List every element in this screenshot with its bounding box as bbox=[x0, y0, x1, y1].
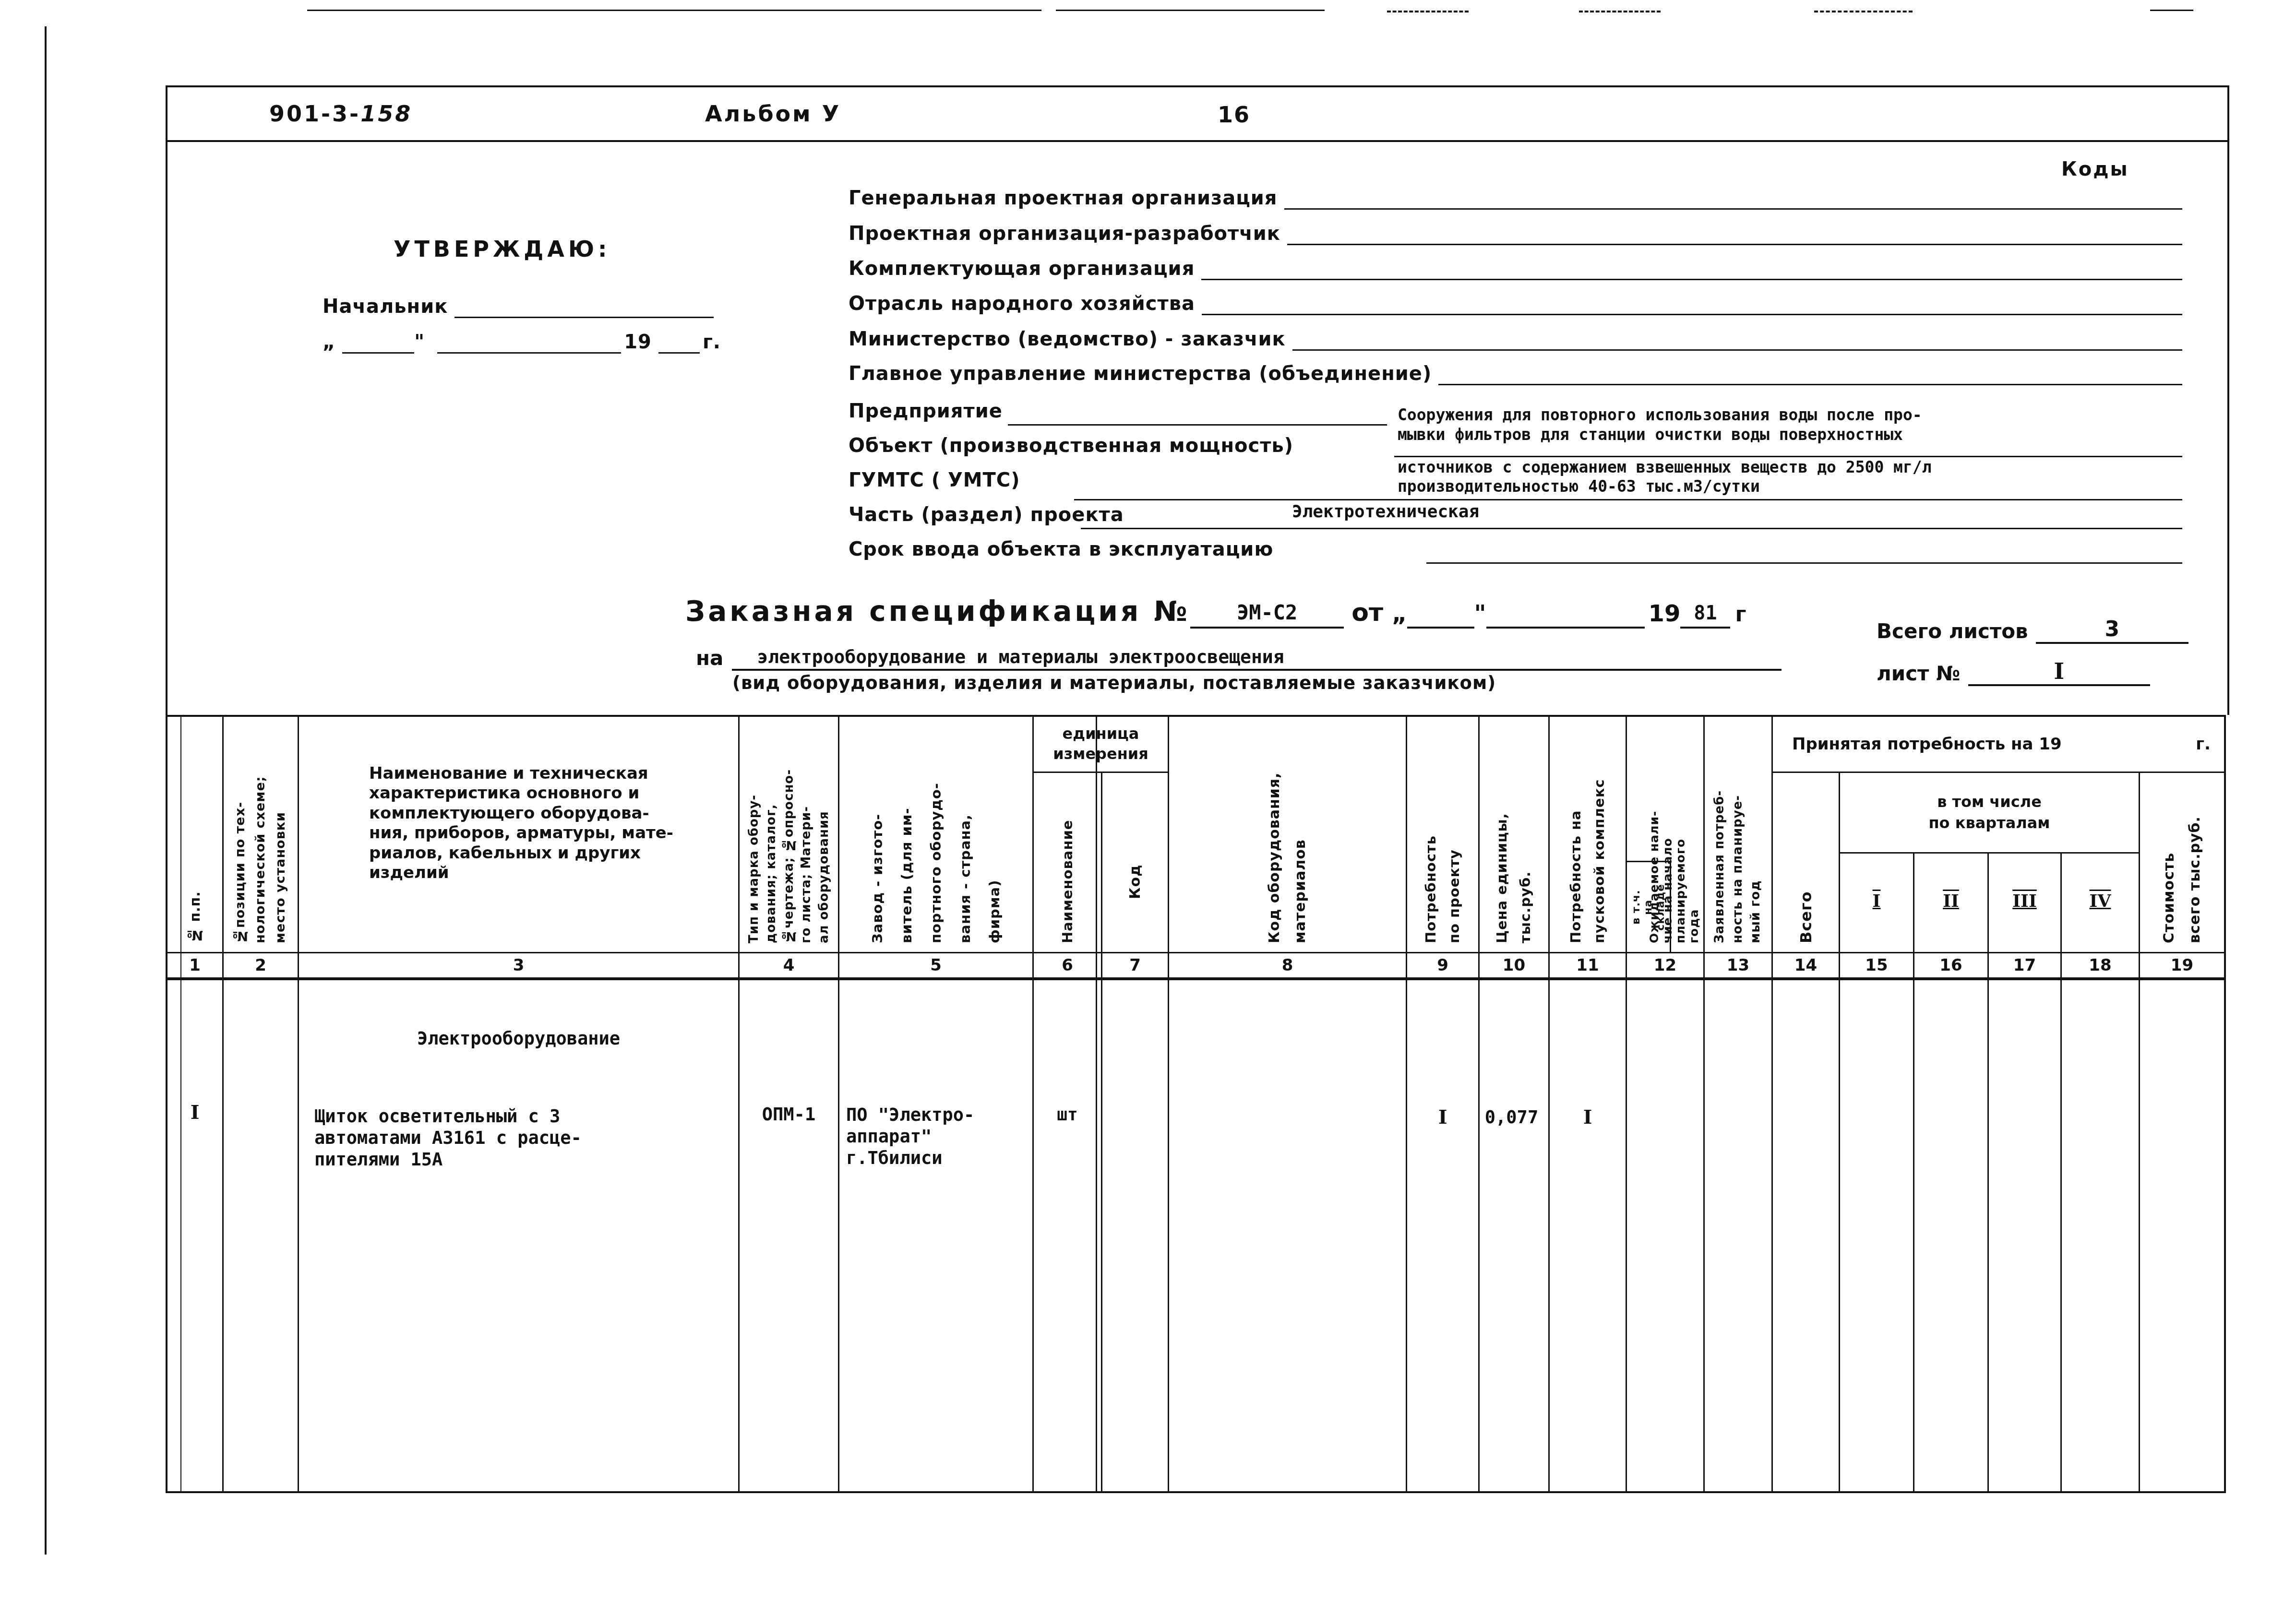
sheet-number-line: лист № I bbox=[1877, 658, 2150, 686]
col-header-19-text: Стоимость всего тыс.руб. bbox=[2156, 778, 2208, 943]
scan-top-line-1 bbox=[307, 10, 1041, 11]
col-header-13: Заявленная потреб- ность на планируе- мы… bbox=[1705, 717, 1773, 952]
sheet-number-label: лист № bbox=[1877, 661, 1961, 686]
double-line-col1 bbox=[180, 717, 181, 1491]
quarters-group-header: в том числе по кварталам bbox=[1840, 773, 2140, 854]
column-number-8: 8 bbox=[1169, 952, 1407, 980]
form-label: Главное управление министерства (объедин… bbox=[849, 362, 1432, 385]
form-label: Комплектующая организация bbox=[849, 257, 1195, 280]
col-header-10-text: Цена единицы, тыс.руб. bbox=[1490, 722, 1538, 943]
form-blank bbox=[1284, 186, 2182, 210]
column-number-10: 10 bbox=[1480, 952, 1550, 980]
column-number-1: 1 bbox=[167, 952, 224, 980]
sheets-total-label: Всего листов bbox=[1877, 619, 2028, 644]
spec-number: ЭМ-С2 bbox=[1237, 601, 1297, 624]
spec-title-line: Заказная спецификация № ЭМ-С2 от „ " 19 … bbox=[685, 594, 1746, 629]
column-number-16: 16 bbox=[1914, 952, 1989, 980]
column-number-14: 14 bbox=[1773, 952, 1840, 980]
col12-substock-text: в т.ч. на складе bbox=[1630, 884, 1667, 931]
body-cell-14 bbox=[1773, 980, 1840, 1491]
col-header-2-text: №позиции по тех- нологической схеме; мес… bbox=[230, 722, 291, 943]
body-cell-16 bbox=[1914, 980, 1989, 1491]
body-cell-11: I bbox=[1550, 980, 1627, 1491]
body-cell-15 bbox=[1840, 980, 1914, 1491]
col-header-15: I bbox=[1840, 854, 1914, 952]
col-header-13-text: Заявленная потреб- ность на планируе- мы… bbox=[1711, 722, 1765, 943]
accepted-group-suffix: г. bbox=[2196, 735, 2211, 754]
column-number-7: 7 bbox=[1102, 952, 1169, 980]
body-cell-18 bbox=[2062, 980, 2140, 1491]
col-header-1: № п.п. bbox=[167, 717, 224, 952]
doc-number-suffix: 158 bbox=[360, 101, 412, 127]
form-line-ministry-customer: Министерство (ведомство) - заказчик bbox=[849, 327, 2182, 351]
double-line-col7 bbox=[1096, 717, 1097, 1491]
column-number-2: 2 bbox=[224, 952, 299, 980]
page-number: 16 bbox=[1218, 102, 1250, 128]
subject-prefix: на bbox=[696, 646, 723, 671]
quarter-3-label: III bbox=[2012, 891, 2037, 911]
column-number-9: 9 bbox=[1407, 952, 1480, 980]
scan-top-dash-1 bbox=[1387, 11, 1469, 12]
row-unit-price: 0,077 bbox=[1475, 980, 1548, 1128]
unit-group-header: единица измерения bbox=[1034, 717, 1169, 773]
body-cell-9: I bbox=[1407, 980, 1480, 1491]
form-blank bbox=[1201, 257, 2182, 280]
col-header-7-text: Код bbox=[1127, 778, 1144, 899]
col-header-18: IV bbox=[2062, 854, 2140, 952]
form-label-object: Объект (производственная мощность) bbox=[849, 435, 1293, 457]
unit-group-header-text: единица измерения bbox=[1053, 724, 1148, 764]
form-line-industry: Отрасль народного хозяйства bbox=[849, 292, 2182, 315]
subject-value: электрооборудование и материалы электроо… bbox=[732, 645, 1284, 669]
col-header-4: Тип и марка обору- дования; каталог, №че… bbox=[740, 717, 839, 952]
col-header-11: Потребность на пусковой комплекс bbox=[1550, 717, 1627, 952]
sheets-total-slot: 3 bbox=[2036, 617, 2188, 644]
form-label: Генеральная проектная организация bbox=[849, 187, 1278, 210]
quarter-4-label: IV bbox=[2090, 891, 2111, 911]
spec-day-blank bbox=[1407, 599, 1474, 629]
object-description-line-1: Сооружения для повторного использования … bbox=[1398, 405, 1922, 424]
scan-top-dash-4 bbox=[2150, 10, 2193, 11]
body-cell-19 bbox=[2140, 980, 2224, 1491]
col-header-9-text: Потребность по проекту bbox=[1419, 722, 1467, 943]
column-number-13: 13 bbox=[1705, 952, 1773, 980]
col-header-11-text: Потребность на пусковой комплекс bbox=[1564, 722, 1612, 943]
approval-position-blank bbox=[454, 295, 714, 318]
sheet-number-slot: I bbox=[1968, 658, 2150, 686]
col-header-16: II bbox=[1914, 854, 1989, 952]
body-cell-5: ПО "Электро- аппарат" г.Тбилиси bbox=[839, 980, 1034, 1491]
row-manufacturer: ПО "Электро- аппарат" г.Тбилиси bbox=[846, 1104, 1032, 1169]
spec-year-prefix: 19 bbox=[1649, 599, 1681, 629]
col-header-5: Завод - изгото- витель (для им- портного… bbox=[839, 717, 1034, 952]
scanned-order-specification-page: { "page": { "strip": { "doc_number_prefi… bbox=[0, 0, 2296, 1615]
body-cell-6: шт bbox=[1034, 980, 1102, 1491]
row-section-title: Электрооборудование bbox=[299, 1028, 738, 1049]
col-header-10: Цена единицы, тыс.руб. bbox=[1480, 717, 1550, 952]
col-header-17: III bbox=[1989, 854, 2062, 952]
codes-label: Коды bbox=[2061, 158, 2129, 180]
scan-top-dash-2 bbox=[1579, 11, 1661, 12]
form-blank-commissioning-date bbox=[1426, 562, 2182, 564]
sheet-number-value: I bbox=[2054, 658, 2065, 684]
subject-slot: электрооборудование и материалы электроо… bbox=[732, 645, 1782, 671]
col-header-3: Наименование и техническая характеристик… bbox=[299, 717, 740, 952]
body-cell-8 bbox=[1169, 980, 1407, 1491]
date-year-suffix: г. bbox=[703, 331, 721, 354]
approval-position-line: Начальник bbox=[323, 295, 714, 318]
body-cell-12 bbox=[1627, 980, 1705, 1491]
col-header-4-text: Тип и марка обору- дования; каталог, №че… bbox=[745, 722, 833, 943]
form-line-completing-org: Комплектующая организация bbox=[849, 257, 2182, 280]
doc-number: 901-3-158 bbox=[269, 101, 412, 127]
spec-open-quote: „ bbox=[1392, 599, 1407, 629]
date-year-prefix: 19 bbox=[624, 331, 652, 354]
object-description-line-3: источников с содержанием взвешенных веще… bbox=[1398, 458, 1932, 476]
form-line-main-directorate: Главное управление министерства (объедин… bbox=[849, 362, 2182, 385]
form-label-enterprise: Предприятие bbox=[849, 400, 1003, 422]
body-cell-17 bbox=[1989, 980, 2062, 1491]
spec-close-quote: " bbox=[1474, 599, 1486, 629]
col-header-14: Всего bbox=[1773, 773, 1840, 952]
spec-number-slot: ЭМ-С2 bbox=[1190, 599, 1344, 629]
body-cell-3: Электрооборудование Щиток осветительный … bbox=[299, 980, 740, 1491]
quarters-group-text: в том числе по кварталам bbox=[1928, 792, 2050, 833]
row-item-name: Щиток осветительный с 3 автоматами А3161… bbox=[314, 1105, 738, 1170]
spec-from-label: от bbox=[1351, 597, 1383, 629]
col12-substock-header: в т.ч. на складе bbox=[1627, 861, 1671, 952]
approval-position-label: Начальник bbox=[323, 295, 448, 318]
form-blank-object bbox=[1394, 456, 2182, 457]
quarter-2-label: II bbox=[1943, 891, 1959, 911]
date-day-blank bbox=[342, 330, 414, 354]
body-cell-2 bbox=[224, 980, 299, 1491]
col-header-3-text: Наименование и техническая характеристик… bbox=[301, 722, 736, 883]
column-number-4: 4 bbox=[740, 952, 839, 980]
form-label: Отрасль народного хозяйства bbox=[849, 292, 1195, 315]
close-quote: " bbox=[414, 331, 425, 354]
col-header-19: Стоимость всего тыс.руб. bbox=[2140, 773, 2224, 952]
spec-title-label: Заказная спецификация № bbox=[685, 594, 1190, 629]
column-number-12: 12 bbox=[1627, 952, 1705, 980]
col-header-1-text: № п.п. bbox=[187, 722, 203, 943]
column-number-18: 18 bbox=[2062, 952, 2140, 980]
col-header-2: №позиции по тех- нологической схеме; мес… bbox=[224, 717, 299, 952]
column-number-15: 15 bbox=[1840, 952, 1914, 980]
col-header-9: Потребность по проекту bbox=[1407, 717, 1480, 952]
col-header-6-text: Наименование bbox=[1059, 778, 1076, 943]
open-quote: „ bbox=[323, 331, 335, 354]
form-label: Проектная организация-разработчик bbox=[849, 222, 1280, 245]
form-label-gumts: ГУМТС ( УМТС) bbox=[849, 469, 1020, 491]
body-cell-4: ОПМ-1 bbox=[740, 980, 839, 1491]
column-number-11: 11 bbox=[1550, 952, 1627, 980]
spec-year-slot: 81 bbox=[1680, 600, 1730, 629]
object-description-line-2: мывки фильтров для станции очистки воды … bbox=[1398, 425, 1903, 444]
doc-number-prefix: 901-3- bbox=[269, 101, 360, 127]
form-blank bbox=[1438, 362, 2182, 385]
form-blank bbox=[1287, 222, 2182, 245]
spec-year-value: 81 bbox=[1694, 602, 1717, 624]
scan-top-line-2 bbox=[1056, 10, 1325, 11]
col-header-7: Код bbox=[1102, 773, 1169, 952]
row-num: I bbox=[167, 980, 222, 1124]
date-month-blank bbox=[437, 330, 621, 354]
body-cell-7 bbox=[1102, 980, 1169, 1491]
title-strip: 901-3-158 Альбом У 16 bbox=[166, 85, 2229, 142]
row-qty-startup: I bbox=[1550, 980, 1626, 1128]
row-unit: шт bbox=[1034, 980, 1101, 1125]
body-cell-1: I bbox=[167, 980, 224, 1491]
column-number-19: 19 bbox=[2140, 952, 2224, 980]
col-header-5-text: Завод - изгото- витель (для им- портного… bbox=[863, 722, 1009, 943]
scan-top-dash-3 bbox=[1814, 11, 1913, 12]
date-year-blank bbox=[658, 330, 700, 354]
sheets-total-value: 3 bbox=[2105, 617, 2120, 641]
page-edge-line bbox=[45, 26, 47, 1555]
sheets-total-line: Всего листов 3 bbox=[1877, 617, 2188, 644]
approval-title: УТВЕРЖДАЮ: bbox=[394, 236, 610, 262]
form-label-commissioning-date: Срок ввода объекта в эксплуатацию bbox=[849, 538, 1273, 560]
col-header-8: Код оборудования, материалов bbox=[1169, 717, 1407, 952]
column-number-6: 6 bbox=[1034, 952, 1102, 980]
accepted-group-header: Принятая потребность на 19 г. bbox=[1773, 717, 2224, 773]
form-label-project-part: Часть (раздел) проекта bbox=[849, 504, 1124, 526]
spec-year-suffix: г bbox=[1735, 601, 1746, 629]
spec-table: № п.п. №позиции по тех- нологической схе… bbox=[166, 715, 2226, 1493]
subject-line: на электрооборудование и материалы элект… bbox=[696, 645, 1782, 671]
column-number-5: 5 bbox=[839, 952, 1034, 980]
subject-hint: (вид оборудования, изделия и материалы, … bbox=[732, 673, 1496, 693]
form-blank-project-part bbox=[1081, 528, 2182, 529]
form-line-design-org-developer: Проектная организация-разработчик bbox=[849, 222, 2182, 245]
col-header-14-text: Всего bbox=[1797, 778, 1815, 943]
album-label: Альбом У bbox=[705, 101, 841, 127]
column-number-3: 3 bbox=[299, 952, 740, 980]
body-cell-13 bbox=[1705, 980, 1773, 1491]
form-blank-enterprise bbox=[1008, 424, 1387, 426]
row-qty-project: I bbox=[1407, 980, 1478, 1128]
col-header-8-text: Код оборудования, материалов bbox=[1262, 722, 1314, 943]
approval-date-line: „ " 19 г. bbox=[323, 330, 721, 354]
col-header-6: Наименование bbox=[1034, 773, 1102, 952]
form-label: Министерство (ведомство) - заказчик bbox=[849, 328, 1286, 351]
column-number-17: 17 bbox=[1989, 952, 2062, 980]
spec-month-blank bbox=[1486, 599, 1645, 629]
row-type: ОПМ-1 bbox=[740, 980, 838, 1125]
quarter-1-label: I bbox=[1873, 891, 1881, 911]
form-blank bbox=[1292, 327, 2182, 351]
project-part-value: Электротехническая bbox=[1292, 502, 1479, 522]
accepted-group-label: Принятая потребность на 19 bbox=[1792, 735, 2062, 754]
form-blank bbox=[1202, 292, 2182, 315]
form-blank-gumts bbox=[1074, 499, 2182, 500]
object-description-line-4: производительностью 40-63 тыс.м3/сутки bbox=[1398, 477, 1760, 496]
form-line-general-design-org: Генеральная проектная организация bbox=[849, 186, 2182, 210]
body-cell-10: 0,077 bbox=[1480, 980, 1550, 1491]
